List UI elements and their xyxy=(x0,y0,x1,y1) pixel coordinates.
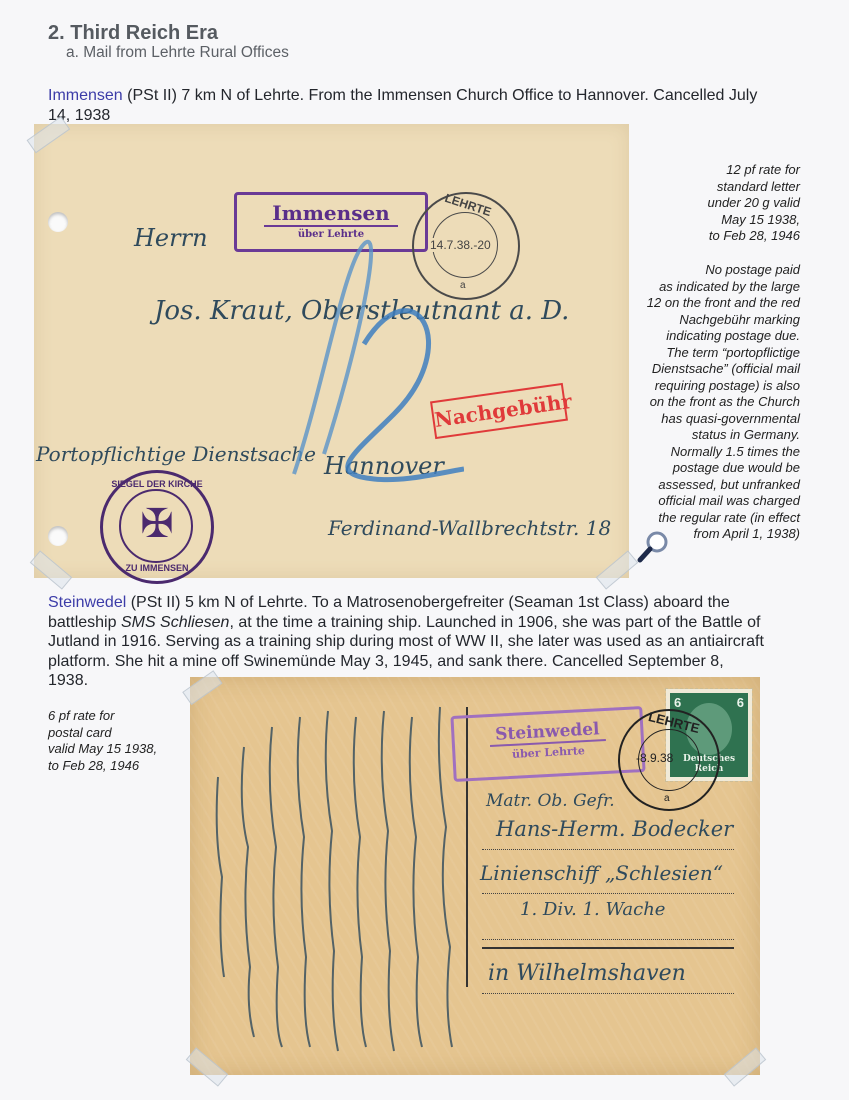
corner-mount xyxy=(596,550,638,589)
item1-rate-note: 12 pf rate forstandard letterunder 20 g … xyxy=(600,162,800,245)
steinwedel-box-cancel: Steinwedel über Lehrte xyxy=(450,706,645,782)
punch-hole xyxy=(48,212,68,232)
magnifier-icon[interactable] xyxy=(636,530,670,564)
item1-postage-note: No postage paidas indicated by the large… xyxy=(600,262,800,543)
blue-crayon-12 xyxy=(264,224,464,504)
punch-hole xyxy=(48,526,68,546)
message-handwriting xyxy=(200,687,460,1067)
item1-description: Immensen (PSt II) 7 km N of Lehrte. From… xyxy=(48,86,808,125)
page-subtitle: a. Mail from Lehrte Rural Offices xyxy=(66,44,289,62)
church-seal: SIEGEL DER KIRCHE ✠ ZU IMMENSEN xyxy=(100,470,214,584)
corner-mount xyxy=(30,550,72,589)
item2-rate-note: 6 pf rate forpostal cardvalid May 15 193… xyxy=(48,708,188,774)
item2-description: Steinwedel (PSt II) 5 km N of Lehrte. To… xyxy=(48,593,818,691)
lehrte-postmark-2: LEHRTE -8.9.38 a xyxy=(618,709,720,811)
ship-name: SMS Schliesen xyxy=(121,614,230,631)
corner-mount xyxy=(724,1047,766,1086)
item2-place: Steinwedel xyxy=(48,594,126,611)
cross-icon: ✠ xyxy=(103,501,211,547)
item1-place: Immensen xyxy=(48,87,123,104)
immensen-cover: Immensen über Lehrte LEHRTE 14.7.38.-20 … xyxy=(34,124,629,578)
steinwedel-postcard: Steinwedel über Lehrte 6 6 Deutsches Rei… xyxy=(190,677,760,1075)
page-title: 2. Third Reich Era xyxy=(48,22,218,45)
